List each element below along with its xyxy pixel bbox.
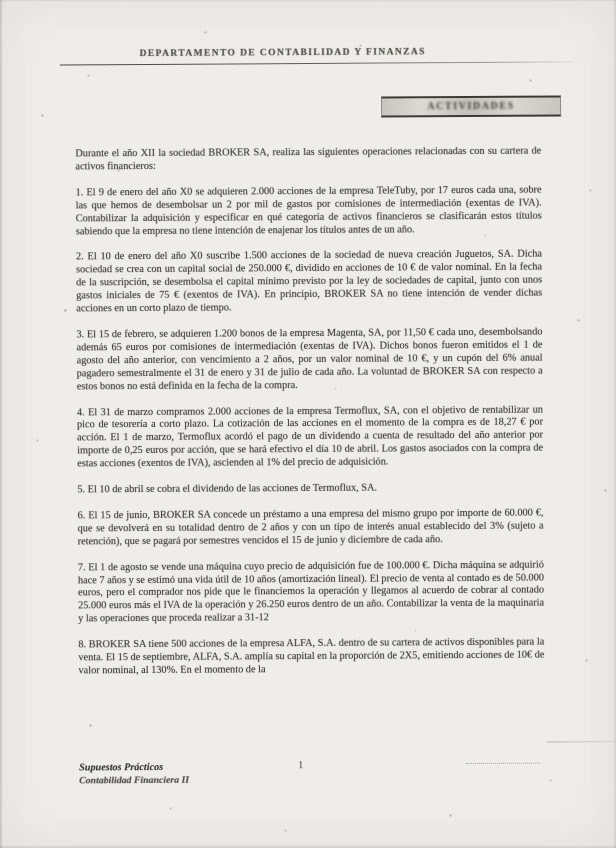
exercise-item-4: 4. El 31 de marzo compramos 2.000 accion… bbox=[77, 404, 543, 471]
exercise-item-8: 8. BROKER SA tiene 500 acciones de la em… bbox=[78, 637, 544, 679]
footer-course-title: Contabilidad Financiera II bbox=[79, 775, 189, 787]
exercise-item-1: 1. El 9 de enero del año X0 se adquieren… bbox=[76, 184, 542, 238]
header-divider-rule bbox=[60, 61, 572, 66]
scan-edge-top bbox=[0, 0, 616, 2]
department-header: DEPARTAMENTO DE CONTABILIDAD Y FINANZAS bbox=[0, 46, 568, 59]
footer-series-title: Supuestos Prácticos bbox=[79, 762, 163, 774]
page-number: 1 bbox=[298, 760, 303, 771]
intro-paragraph: Durante el año XII la sociedad BROKER SA… bbox=[75, 146, 541, 175]
exercise-item-6: 6. El 15 de junio, BROKER SA concede un … bbox=[78, 508, 544, 550]
activity-stamp-box: ACTIVIDADES bbox=[381, 95, 561, 117]
exercise-item-7: 7. El 1 de agosto se vende una máquina c… bbox=[78, 559, 544, 626]
activity-stamp-label: ACTIVIDADES bbox=[427, 101, 515, 113]
footer-corner-rule bbox=[547, 741, 616, 742]
exercise-item-3: 3. El 15 de febrero, se adquieren 1.200 … bbox=[76, 327, 542, 394]
document-body: Durante el año XII la sociedad BROKER SA… bbox=[75, 146, 544, 692]
footer-faint-rule bbox=[466, 763, 540, 765]
scan-edge-left bbox=[0, 0, 3, 848]
scan-skew-wrapper: DEPARTAMENTO DE CONTABILIDAD Y FINANZAS … bbox=[0, 0, 616, 848]
scanned-document-page: DEPARTAMENTO DE CONTABILIDAD Y FINANZAS … bbox=[0, 0, 616, 848]
exercise-item-5: 5. El 10 de abril se cobra el dividendo … bbox=[77, 482, 543, 498]
exercise-item-2: 2. El 10 de enero del año X0 suscribe 1.… bbox=[76, 249, 542, 316]
scan-noise-speckles bbox=[30, 20, 31, 21]
